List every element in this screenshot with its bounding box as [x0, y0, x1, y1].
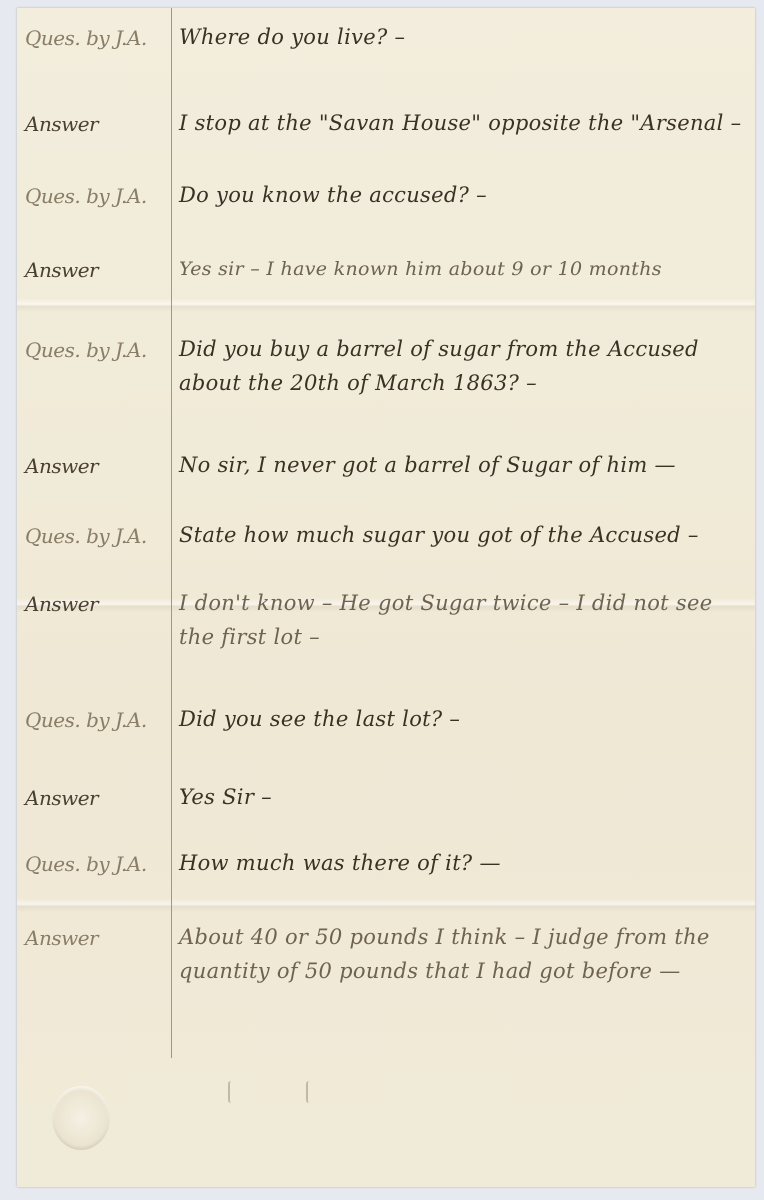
speaker-label: Ques. by J.A.	[25, 338, 165, 362]
margin-rule	[171, 8, 172, 1058]
testimony-text: Where do you live? –	[179, 20, 749, 54]
testimony-text: How much was there of it? —	[179, 846, 749, 880]
speaker-label: Answer	[25, 258, 165, 282]
testimony-text: Did you buy a barrel of sugar from the A…	[179, 332, 749, 400]
testimony-text: About 40 or 50 pounds I think – I judge …	[179, 920, 749, 988]
speaker-label: Ques. by J.A.	[25, 26, 165, 50]
testimony-text: State how much sugar you got of the Accu…	[179, 518, 749, 552]
testimony-text: Did you see the last lot? –	[179, 702, 749, 736]
testimony-text: I don't know – He got Sugar twice – I di…	[179, 586, 749, 654]
binding-stitch	[306, 1081, 314, 1103]
document-page: Ques. by J.A. Where do you live? – Answe…	[17, 8, 755, 1187]
speaker-label: Ques. by J.A.	[25, 524, 165, 548]
binding-stitch	[228, 1081, 236, 1103]
speaker-label: Ques. by J.A.	[25, 184, 165, 208]
paper-fold	[17, 898, 755, 912]
speaker-label: Answer	[25, 786, 165, 810]
speaker-label: Answer	[25, 592, 165, 616]
testimony-text: No sir, I never got a barrel of Sugar of…	[179, 448, 749, 482]
speaker-label: Ques. by J.A.	[25, 708, 165, 732]
testimony-text: I stop at the "Savan House" opposite the…	[179, 106, 749, 140]
speaker-label: Answer	[25, 454, 165, 478]
testimony-text: Yes Sir –	[179, 780, 749, 814]
speaker-label: Answer	[25, 926, 165, 950]
embossed-seal	[52, 1086, 110, 1150]
testimony-text: Yes sir – I have known him about 9 or 10…	[179, 252, 749, 286]
testimony-text: Do you know the accused? –	[179, 178, 749, 212]
speaker-label: Answer	[25, 112, 165, 136]
speaker-label: Ques. by J.A.	[25, 852, 165, 876]
paper-fold	[17, 298, 755, 312]
